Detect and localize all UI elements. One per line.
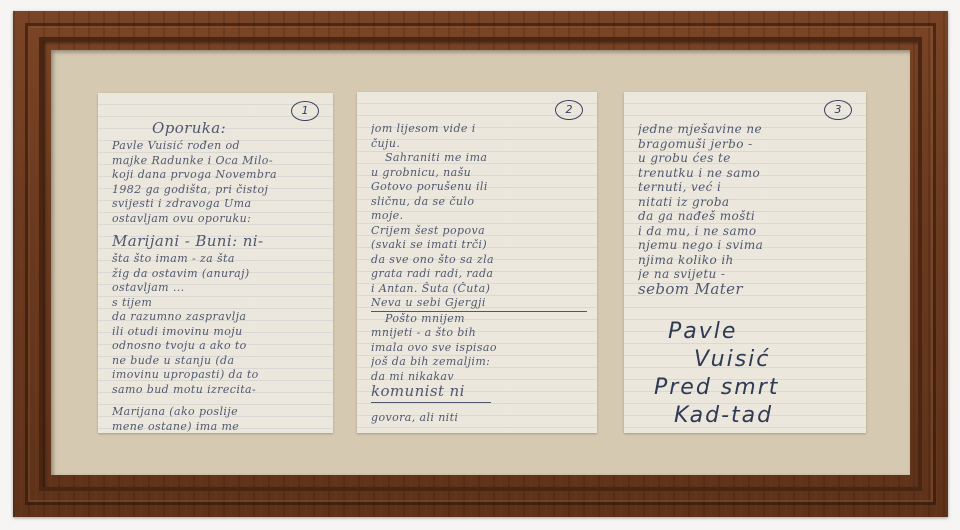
text-line: i da mu, i ne samo [638, 224, 856, 239]
handwritten-text: jom lijesom vide i čuju. Sahraniti me im… [371, 122, 587, 426]
text-line: mnijeti - a što bih [371, 326, 587, 341]
text-line: bragomuši jerbo - [638, 137, 856, 152]
letter-page-2: 2 jom lijesom vide i čuju. Sahraniti me … [357, 92, 597, 433]
text-line: ostavljam ovu oporuku: [112, 212, 323, 227]
text-line: jedne mješavine ne [638, 122, 856, 137]
text-line: koji dana prvoga Novembra [112, 168, 323, 183]
text-line: njima koliko ih [638, 253, 856, 268]
text-line: imovinu upropasti) da to [112, 368, 323, 383]
line-gap [112, 226, 323, 234]
text-line: ternuti, već i [638, 180, 856, 195]
text-line: Sahraniti me ima [371, 151, 587, 166]
text-line: svijesti i zdravoga Uma [112, 197, 323, 212]
text-line: imala ovo sve ispisao [371, 341, 587, 356]
signature-last-name: Vuisić [654, 346, 856, 374]
handwritten-text: jedne mješavine ne bragomuši jerbo - u g… [638, 122, 856, 300]
text-line: jom lijesom vide i [371, 122, 587, 137]
text-line: da sve ono što sa zla [371, 253, 587, 268]
text-line: majke Radunke i Oca Milo- [112, 154, 323, 169]
text-line: Pošto mnijem [371, 312, 587, 327]
page-number-badge: 2 [555, 100, 583, 120]
text-line: samo bud motu izrecita- [112, 383, 323, 398]
text-line: Marijani - Buni: ni- [112, 234, 323, 252]
text-line: je na svijetu - [638, 267, 856, 282]
text-line: da mi nikakav [371, 370, 587, 385]
text-line: moje. [371, 209, 587, 224]
text-line: govora, ali niti [371, 411, 587, 426]
text-line: Pavle Vuisić rođen od [112, 139, 323, 154]
text-line: ne bude u stanju (da [112, 354, 323, 369]
line-gap [112, 397, 323, 405]
text-line: 1982 ga godišta, pri čistoj [112, 183, 323, 198]
signature-note: Pred smrt [654, 374, 856, 402]
text-line: u grobu ćes te [638, 151, 856, 166]
text-line: ili otudi imovinu moju [112, 325, 323, 340]
signature-block: Pavle Vuisić Pred smrt Kad-tad [654, 318, 856, 430]
text-line: komunist ni [371, 384, 491, 403]
letter-title: Oporuka: [112, 121, 323, 139]
page-number-badge: 3 [824, 100, 852, 120]
text-line: grata radi radi, rada [371, 267, 587, 282]
signature-note: Kad-tad [654, 402, 856, 430]
text-line: trenutku i ne samo [638, 166, 856, 181]
text-line: Gotovo porušenu ili [371, 180, 587, 195]
text-line: da ga nađeš mošti [638, 209, 856, 224]
page-number-badge: 1 [291, 101, 319, 121]
text-line: Crijem šest popova [371, 224, 587, 239]
text-line: nitati iz groba [638, 195, 856, 210]
text-line: njemu nego i svima [638, 238, 856, 253]
text-line: ostavljam ... [112, 281, 323, 296]
text-line: Neva u sebi Gjergji [371, 296, 587, 312]
text-line: da razumno zaspravlja [112, 310, 323, 325]
signature-first-name: Pavle [654, 318, 856, 346]
text-line: (svaki se imati trči) [371, 238, 587, 253]
text-line: odnosno tvoju a ako to [112, 339, 323, 354]
handwritten-text: Oporuka: Pavle Vuisić rođen od majke Rad… [112, 121, 323, 433]
text-line: Marijana (ako poslije [112, 405, 323, 420]
line-gap [371, 403, 587, 411]
text-line: šta što imam - za šta [112, 252, 323, 267]
letter-page-1: 1 Oporuka: Pavle Vuisić rođen od majke R… [98, 93, 333, 433]
text-line: još da bih zemaljim: [371, 355, 587, 370]
text-line: s tijem [112, 296, 323, 311]
text-line: sličnu, da se čulo [371, 195, 587, 210]
text-line: čuju. [371, 137, 587, 152]
text-line: mene ostane) ima me [112, 420, 323, 434]
text-line: sebom Mater [638, 282, 856, 300]
text-line: u grobnicu, našu [371, 166, 587, 181]
text-line: i Antan. Šuta (Čuta) [371, 282, 587, 297]
letter-page-3: 3 jedne mješavine ne bragomuši jerbo - u… [624, 92, 866, 433]
text-line: žig da ostavim (anuraj) [112, 267, 323, 282]
